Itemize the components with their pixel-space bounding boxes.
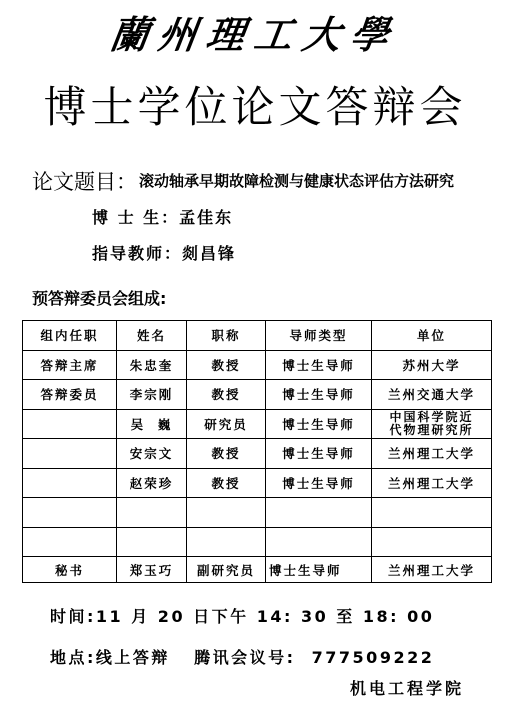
cell-role: 答辩委员 (23, 380, 117, 410)
cell-role (23, 498, 117, 528)
page-title: 博士学位论文答辩会 (0, 74, 510, 135)
cell-name: 李宗刚 (117, 380, 187, 410)
col-header-title: 职称 (187, 321, 266, 351)
cell-name: 吴 巍 (117, 409, 187, 439)
cell-advisor-type: 博士生导师 (266, 350, 372, 380)
cell-advisor-type: 博士生导师 (266, 468, 372, 498)
cell-advisor-type: 博士生导师 (266, 409, 372, 439)
cell-title: 教授 (187, 380, 266, 410)
table-row-empty (23, 498, 492, 528)
cell-role: 答辩主席 (23, 350, 117, 380)
cell-unit: 苏州大学 (372, 350, 492, 380)
table-row: 秘书 郑玉巧 副研究员 博士生导师 兰州理工大学 (23, 557, 492, 583)
committee-table: 组内任职 姓名 职称 导师类型 单位 答辩主席 朱忠奎 教授 博士生导师 苏州大… (22, 320, 492, 583)
cell-role (23, 468, 117, 498)
student-row: 博 士 生：孟佳东 (92, 205, 233, 228)
cell-advisor-type: 博士生导师 (266, 557, 372, 583)
cell-advisor-type (266, 527, 372, 557)
col-header-name: 姓名 (117, 321, 187, 351)
school-name: 机电工程学院 (350, 676, 464, 699)
cell-title: 教授 (187, 439, 266, 469)
unit-line-2: 代物理研究所 (389, 423, 473, 437)
cell-name: 安宗文 (117, 439, 187, 469)
cell-role: 秘书 (23, 557, 117, 583)
cell-role (23, 409, 117, 439)
cell-title (187, 498, 266, 528)
cell-title: 副研究员 (187, 557, 266, 583)
cell-name: 郑玉巧 (117, 557, 187, 583)
table-row-empty (23, 527, 492, 557)
time-line: 时间:11 月 20 日下午 14: 30 至 18: 00 (50, 604, 434, 627)
col-header-unit: 单位 (372, 321, 492, 351)
cell-unit-multiline: 中国科学院近代物理研究所 (389, 411, 473, 437)
cell-role (23, 439, 117, 469)
table-row: 答辩委员 李宗刚 教授 博士生导师 兰州交通大学 (23, 380, 492, 410)
cell-title: 教授 (187, 350, 266, 380)
thesis-topic-value: 滚动轴承早期故障检测与健康状态评估方法研究 (139, 170, 454, 191)
table-row: 答辩主席 朱忠奎 教授 博士生导师 苏州大学 (23, 350, 492, 380)
table-row: 安宗文 教授 博士生导师 兰州理工大学 (23, 439, 492, 469)
cell-name (117, 527, 187, 557)
advisor-label: 指导教师： (92, 244, 182, 263)
location-line: 地点:线上答辩 腾讯会议号: 777509222 (50, 645, 434, 668)
table-row: 赵荣珍 教授 博士生导师 兰州理工大学 (23, 468, 492, 498)
cell-title: 研究员 (187, 409, 266, 439)
cell-name (117, 498, 187, 528)
cell-advisor-type: 博士生导师 (266, 439, 372, 469)
col-header-role: 组内任职 (23, 321, 117, 351)
cell-title (187, 527, 266, 557)
advisor-name: 剡昌锋 (182, 244, 236, 263)
col-header-advisor-type: 导师类型 (266, 321, 372, 351)
cell-unit: 中国科学院近代物理研究所 (372, 409, 492, 439)
committee-label: 预答辩委员会组成: (32, 286, 166, 309)
thesis-topic-label: 论文题目： (32, 166, 137, 196)
cell-name: 赵荣珍 (117, 468, 187, 498)
student-label: 博 士 生： (92, 208, 179, 227)
university-logo: 蘭州理工大學 (0, 4, 510, 59)
cell-unit (372, 527, 492, 557)
cell-advisor-type: 博士生导师 (266, 380, 372, 410)
cell-advisor-type (266, 498, 372, 528)
student-name: 孟佳东 (179, 208, 233, 227)
table-row: 吴 巍 研究员 博士生导师 中国科学院近代物理研究所 (23, 409, 492, 439)
cell-unit (372, 498, 492, 528)
unit-line-1: 中国科学院近 (389, 410, 473, 424)
table-header-row: 组内任职 姓名 职称 导师类型 单位 (23, 321, 492, 351)
advisor-row: 指导教师：剡昌锋 (92, 241, 236, 264)
cell-unit: 兰州理工大学 (372, 468, 492, 498)
cell-role (23, 527, 117, 557)
cell-title: 教授 (187, 468, 266, 498)
cell-name: 朱忠奎 (117, 350, 187, 380)
cell-unit: 兰州交通大学 (372, 380, 492, 410)
cell-unit: 兰州理工大学 (372, 557, 492, 583)
cell-unit: 兰州理工大学 (372, 439, 492, 469)
